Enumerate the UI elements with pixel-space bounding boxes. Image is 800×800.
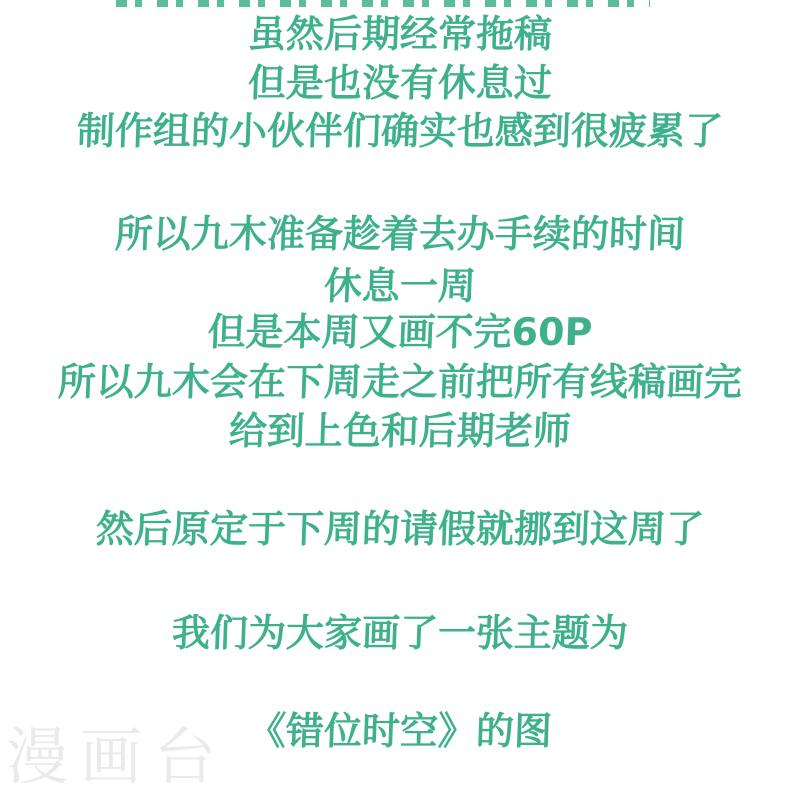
announcement-line: 给到上色和后期老师 bbox=[0, 410, 800, 452]
announcement-line: 我们为大家画了一张主题为 bbox=[0, 612, 800, 654]
announcement-line: 然后原定于下周的请假就挪到这周了 bbox=[0, 508, 800, 550]
announcement-line: 虽然后期经常拖稿 bbox=[0, 13, 800, 55]
announcement-line: 休息一周 bbox=[0, 265, 800, 307]
announcement-line: 但是也没有休息过 bbox=[0, 62, 800, 104]
comic-announcement-page: 虽然后期经常拖稿 但是也没有休息过 制作组的小伙伴们确实也感到很疲累了 所以九木… bbox=[0, 0, 800, 800]
clipped-text-fragments bbox=[116, 0, 650, 7]
announcement-line: 所以九木会在下周走之前把所有线稿画完 bbox=[0, 361, 800, 403]
platform-watermark: 漫画台 bbox=[6, 724, 228, 790]
announcement-line: 制作组的小伙伴们确实也感到很疲累了 bbox=[0, 110, 800, 152]
announcement-line: 所以九木准备趁着去办手续的时间 bbox=[0, 213, 800, 255]
announcement-line: 但是本周又画不完60P bbox=[0, 311, 800, 353]
